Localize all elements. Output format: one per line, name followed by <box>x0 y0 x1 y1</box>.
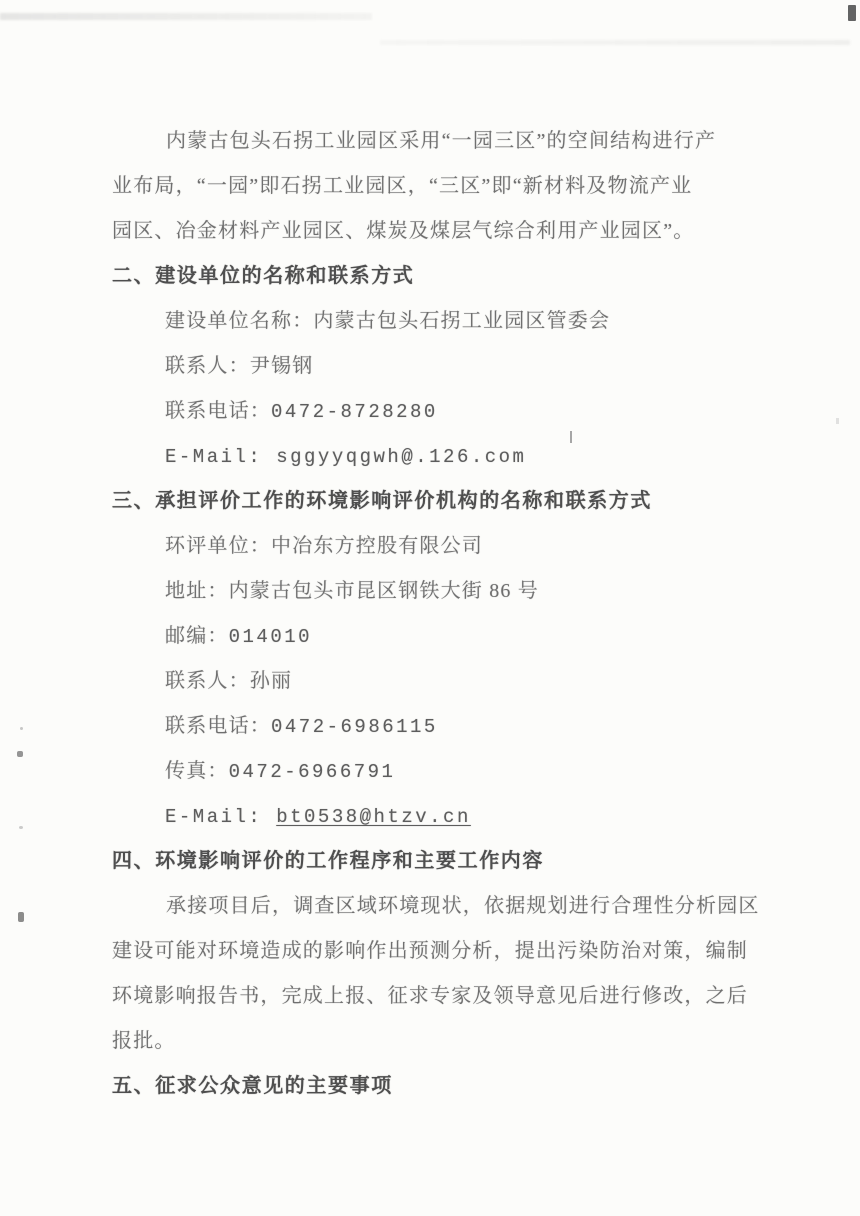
section-heading-text: 四、环境影响评价的工作程序和主要工作内容 <box>112 850 544 872</box>
section-heading-public-opinion: 五、征求公众意见的主要事项 <box>112 1064 812 1109</box>
contact-row-person: 联系人：孙丽 <box>112 659 812 704</box>
contact-row-address: 地址：内蒙古包头市昆区钢铁大街 86 号 <box>112 569 812 614</box>
scan-streak-artifact <box>0 13 372 20</box>
scan-streak-artifact <box>380 40 850 45</box>
contact-row-phone: 联系电话：0472-6986115 <box>112 704 812 749</box>
contact-row-phone: 联系电话：0472-8728280 <box>112 389 812 434</box>
phone-number: 0472-8728280 <box>271 401 438 423</box>
margin-speck-artifact <box>20 727 23 730</box>
section-heading-construction-unit: 二、建设单位的名称和联系方式 <box>112 254 812 299</box>
intro-paragraph-line: 业布局，“一园”即石拐工业园区，“三区”即“新材料及物流产业 <box>112 164 812 209</box>
procedure-text: 建设可能对环境造成的影响作出预测分析，提出污染防治对策，编制 <box>112 940 748 962</box>
contact-row-unit-name: 建设单位名称：内蒙古包头石拐工业园区管委会 <box>112 299 812 344</box>
section-heading-work-procedure: 四、环境影响评价的工作程序和主要工作内容 <box>112 839 812 884</box>
procedure-text: 承接项目后，调查区域环境现状，依据规划进行合理性分析园区 <box>166 895 760 917</box>
corner-mark-artifact <box>848 5 856 21</box>
section-heading-eia-agency: 三、承担评价工作的环境影响评价机构的名称和联系方式 <box>112 479 812 524</box>
contact-row-email: E-Mail: bt0538@htzv.cn <box>112 794 812 839</box>
contact-value: 尹锡钢 <box>250 355 314 377</box>
section-heading-text: 五、征求公众意见的主要事项 <box>112 1075 393 1097</box>
contact-label: 邮编： <box>165 625 229 647</box>
intro-text: 内蒙古包头石拐工业园区采用“一园三区”的空间结构进行产 <box>166 130 716 152</box>
contact-label: 地址： <box>165 580 229 602</box>
section-heading-text: 二、建设单位的名称和联系方式 <box>112 265 414 287</box>
margin-speck-artifact <box>18 912 24 922</box>
intro-paragraph-line: 园区、冶金材料产业园区、煤炭及煤层气综合利用产业园区”。 <box>112 209 812 254</box>
document-body: 内蒙古包头石拐工业园区采用“一园三区”的空间结构进行产 业布局，“一园”即石拐工… <box>112 119 812 1109</box>
scanned-document-page: 内蒙古包头石拐工业园区采用“一园三区”的空间结构进行产 业布局，“一园”即石拐工… <box>0 0 860 1216</box>
contact-row-fax: 传真：0472-6966791 <box>112 749 812 794</box>
contact-label: 联系人： <box>165 355 250 377</box>
postcode-value: 014010 <box>229 626 312 648</box>
smudge-artifact <box>836 418 839 424</box>
email-address: sggyyqgwh@.126.com <box>276 446 526 468</box>
contact-value: 内蒙古包头市昆区钢铁大街 86 号 <box>229 580 539 602</box>
contact-label: 联系电话： <box>165 715 271 737</box>
contact-row-person: 联系人：尹锡钢 <box>112 344 812 389</box>
procedure-text: 环境影响报告书，完成上报、征求专家及领导意见后进行修改，之后 <box>112 985 748 1007</box>
procedure-paragraph-line: 承接项目后，调查区域环境现状，依据规划进行合理性分析园区 <box>112 884 812 929</box>
procedure-paragraph-line: 建设可能对环境造成的影响作出预测分析，提出污染防治对策，编制 <box>112 929 812 974</box>
margin-speck-artifact <box>19 826 23 829</box>
contact-label: 联系电话： <box>165 400 271 422</box>
procedure-paragraph-line: 报批。 <box>112 1019 812 1064</box>
contact-label: 联系人： <box>165 670 250 692</box>
contact-row-email: E-Mail: sggyyqgwh@.126.com <box>112 434 812 479</box>
contact-value: 内蒙古包头石拐工业园区管委会 <box>313 310 610 332</box>
section-heading-text: 三、承担评价工作的环境影响评价机构的名称和联系方式 <box>112 490 652 512</box>
email-link: bt0538@htzv.cn <box>276 806 471 828</box>
contact-label: 环评单位： <box>165 535 271 557</box>
contact-label: 传真： <box>165 760 229 782</box>
procedure-text: 报批。 <box>112 1030 176 1052</box>
intro-text: 业布局，“一园”即石拐工业园区，“三区”即“新材料及物流产业 <box>112 175 692 197</box>
intro-paragraph-line: 内蒙古包头石拐工业园区采用“一园三区”的空间结构进行产 <box>112 119 812 164</box>
procedure-paragraph-line: 环境影响报告书，完成上报、征求专家及领导意见后进行修改，之后 <box>112 974 812 1019</box>
contact-value: 中冶东方控股有限公司 <box>271 535 483 557</box>
intro-text: 园区、冶金材料产业园区、煤炭及煤层气综合利用产业园区”。 <box>112 220 694 242</box>
margin-speck-artifact <box>17 751 23 757</box>
email-label: E-Mail: <box>165 806 276 828</box>
contact-label: 建设单位名称： <box>165 310 313 332</box>
contact-value: 孙丽 <box>250 670 292 692</box>
contact-row-postcode: 邮编：014010 <box>112 614 812 659</box>
phone-number: 0472-6986115 <box>271 716 438 738</box>
email-label: E-Mail: <box>165 446 276 468</box>
fax-number: 0472-6966791 <box>229 761 396 783</box>
contact-row-agency-name: 环评单位：中冶东方控股有限公司 <box>112 524 812 569</box>
